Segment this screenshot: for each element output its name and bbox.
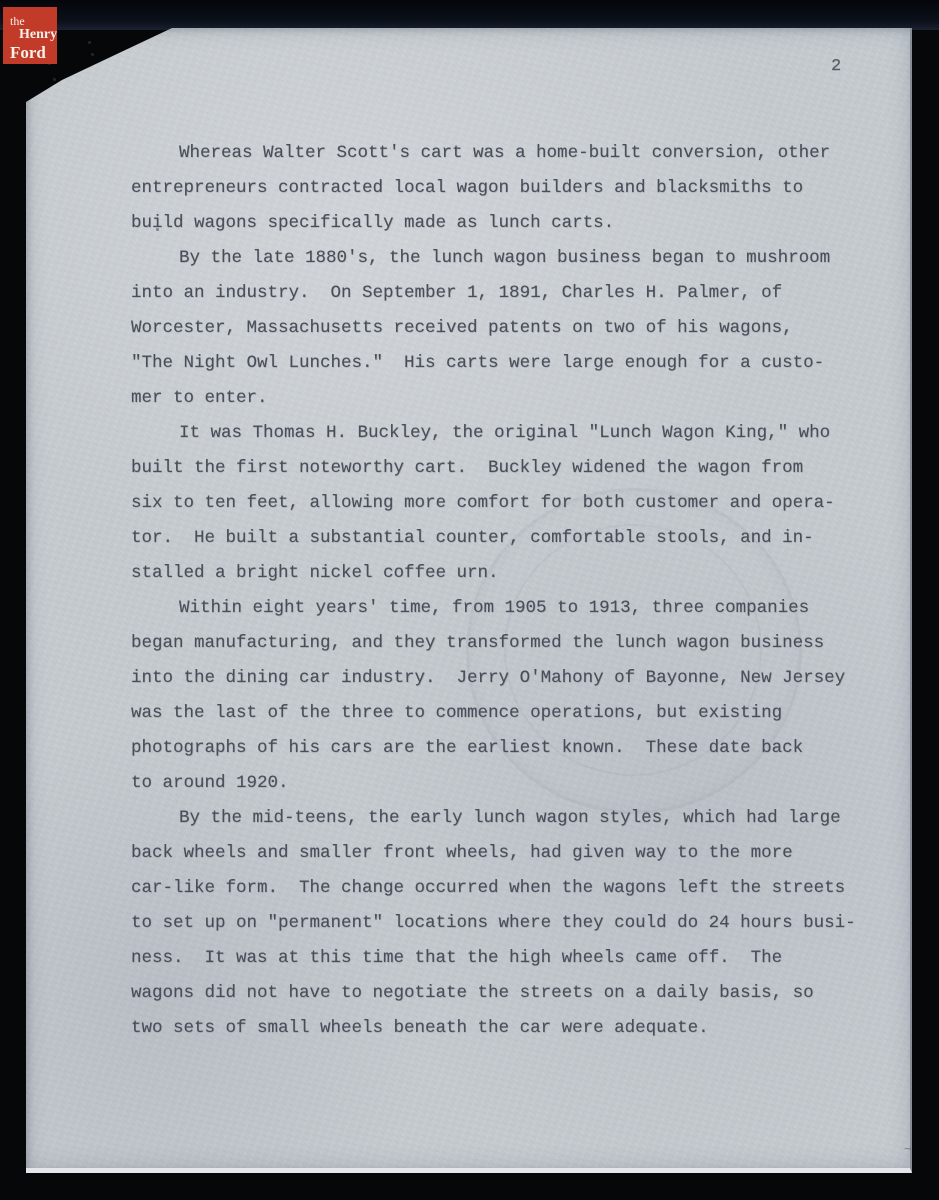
text-line: began manufacturing, and they transforme…: [131, 626, 891, 661]
text-line: photographs of his cars are the earliest…: [131, 731, 891, 766]
text-line: Whereas Walter Scott's cart was a home-b…: [131, 136, 891, 171]
text-line: to around 1920.: [131, 766, 891, 801]
dust-speck: [88, 41, 91, 44]
dust-speck: [156, 228, 159, 231]
scan-background: Whereas Walter Scott's cart was a home-b…: [0, 0, 939, 1200]
text-line: "The Night Owl Lunches." His carts were …: [131, 346, 891, 381]
logo-word-the: the: [10, 15, 25, 27]
text-line: By the mid-teens, the early lunch wagon …: [131, 801, 891, 836]
text-line: back wheels and smaller front wheels, ha…: [131, 836, 891, 871]
paragraph: It was Thomas H. Buckley, the original "…: [131, 416, 891, 591]
scan-top-shadow: [0, 0, 939, 30]
text-line: stalled a bright nickel coffee urn.: [131, 556, 891, 591]
dust-speck: [91, 53, 94, 56]
text-line: into the dining car industry. Jerry O'Ma…: [131, 661, 891, 696]
text-line: By the late 1880's, the lunch wagon busi…: [131, 241, 891, 276]
text-line: build wagons specifically made as lunch …: [131, 206, 891, 241]
text-line: into an industry. On September 1, 1891, …: [131, 276, 891, 311]
text-line: mer to enter.: [131, 381, 891, 416]
text-line: built the first noteworthy cart. Buckley…: [131, 451, 891, 486]
paragraph: By the late 1880's, the lunch wagon busi…: [131, 241, 891, 416]
page-number: 2: [831, 57, 841, 76]
text-line: wagons did not have to negotiate the str…: [131, 976, 891, 1011]
text-line: six to ten feet, allowing more comfort f…: [131, 486, 891, 521]
document-page: Whereas Walter Scott's cart was a home-b…: [26, 28, 912, 1173]
paragraph: Within eight years' time, from 1905 to 1…: [131, 591, 891, 801]
text-line: Worcester, Massachusetts received patent…: [131, 311, 891, 346]
dust-speck: [53, 78, 56, 81]
text-line: two sets of small wheels beneath the car…: [131, 1011, 891, 1046]
logo-word-ford: Ford: [10, 44, 46, 61]
document-text: Whereas Walter Scott's cart was a home-b…: [131, 136, 891, 1046]
handwritten-mark: ~: [903, 1142, 911, 1157]
henry-ford-logo: the Henry Ford: [3, 7, 57, 64]
text-line: Within eight years' time, from 1905 to 1…: [131, 591, 891, 626]
logo-word-henry: Henry: [19, 28, 57, 42]
text-line: was the last of the three to commence op…: [131, 696, 891, 731]
text-line: tor. He built a substantial counter, com…: [131, 521, 891, 556]
text-line: car-like form. The change occurred when …: [131, 871, 891, 906]
text-line: ness. It was at this time that the high …: [131, 941, 891, 976]
paragraph: Whereas Walter Scott's cart was a home-b…: [131, 136, 891, 241]
text-line: to set up on "permanent" locations where…: [131, 906, 891, 941]
paragraph: By the mid-teens, the early lunch wagon …: [131, 801, 891, 1046]
text-line: entrepreneurs contracted local wagon bui…: [131, 171, 891, 206]
text-line: It was Thomas H. Buckley, the original "…: [131, 416, 891, 451]
